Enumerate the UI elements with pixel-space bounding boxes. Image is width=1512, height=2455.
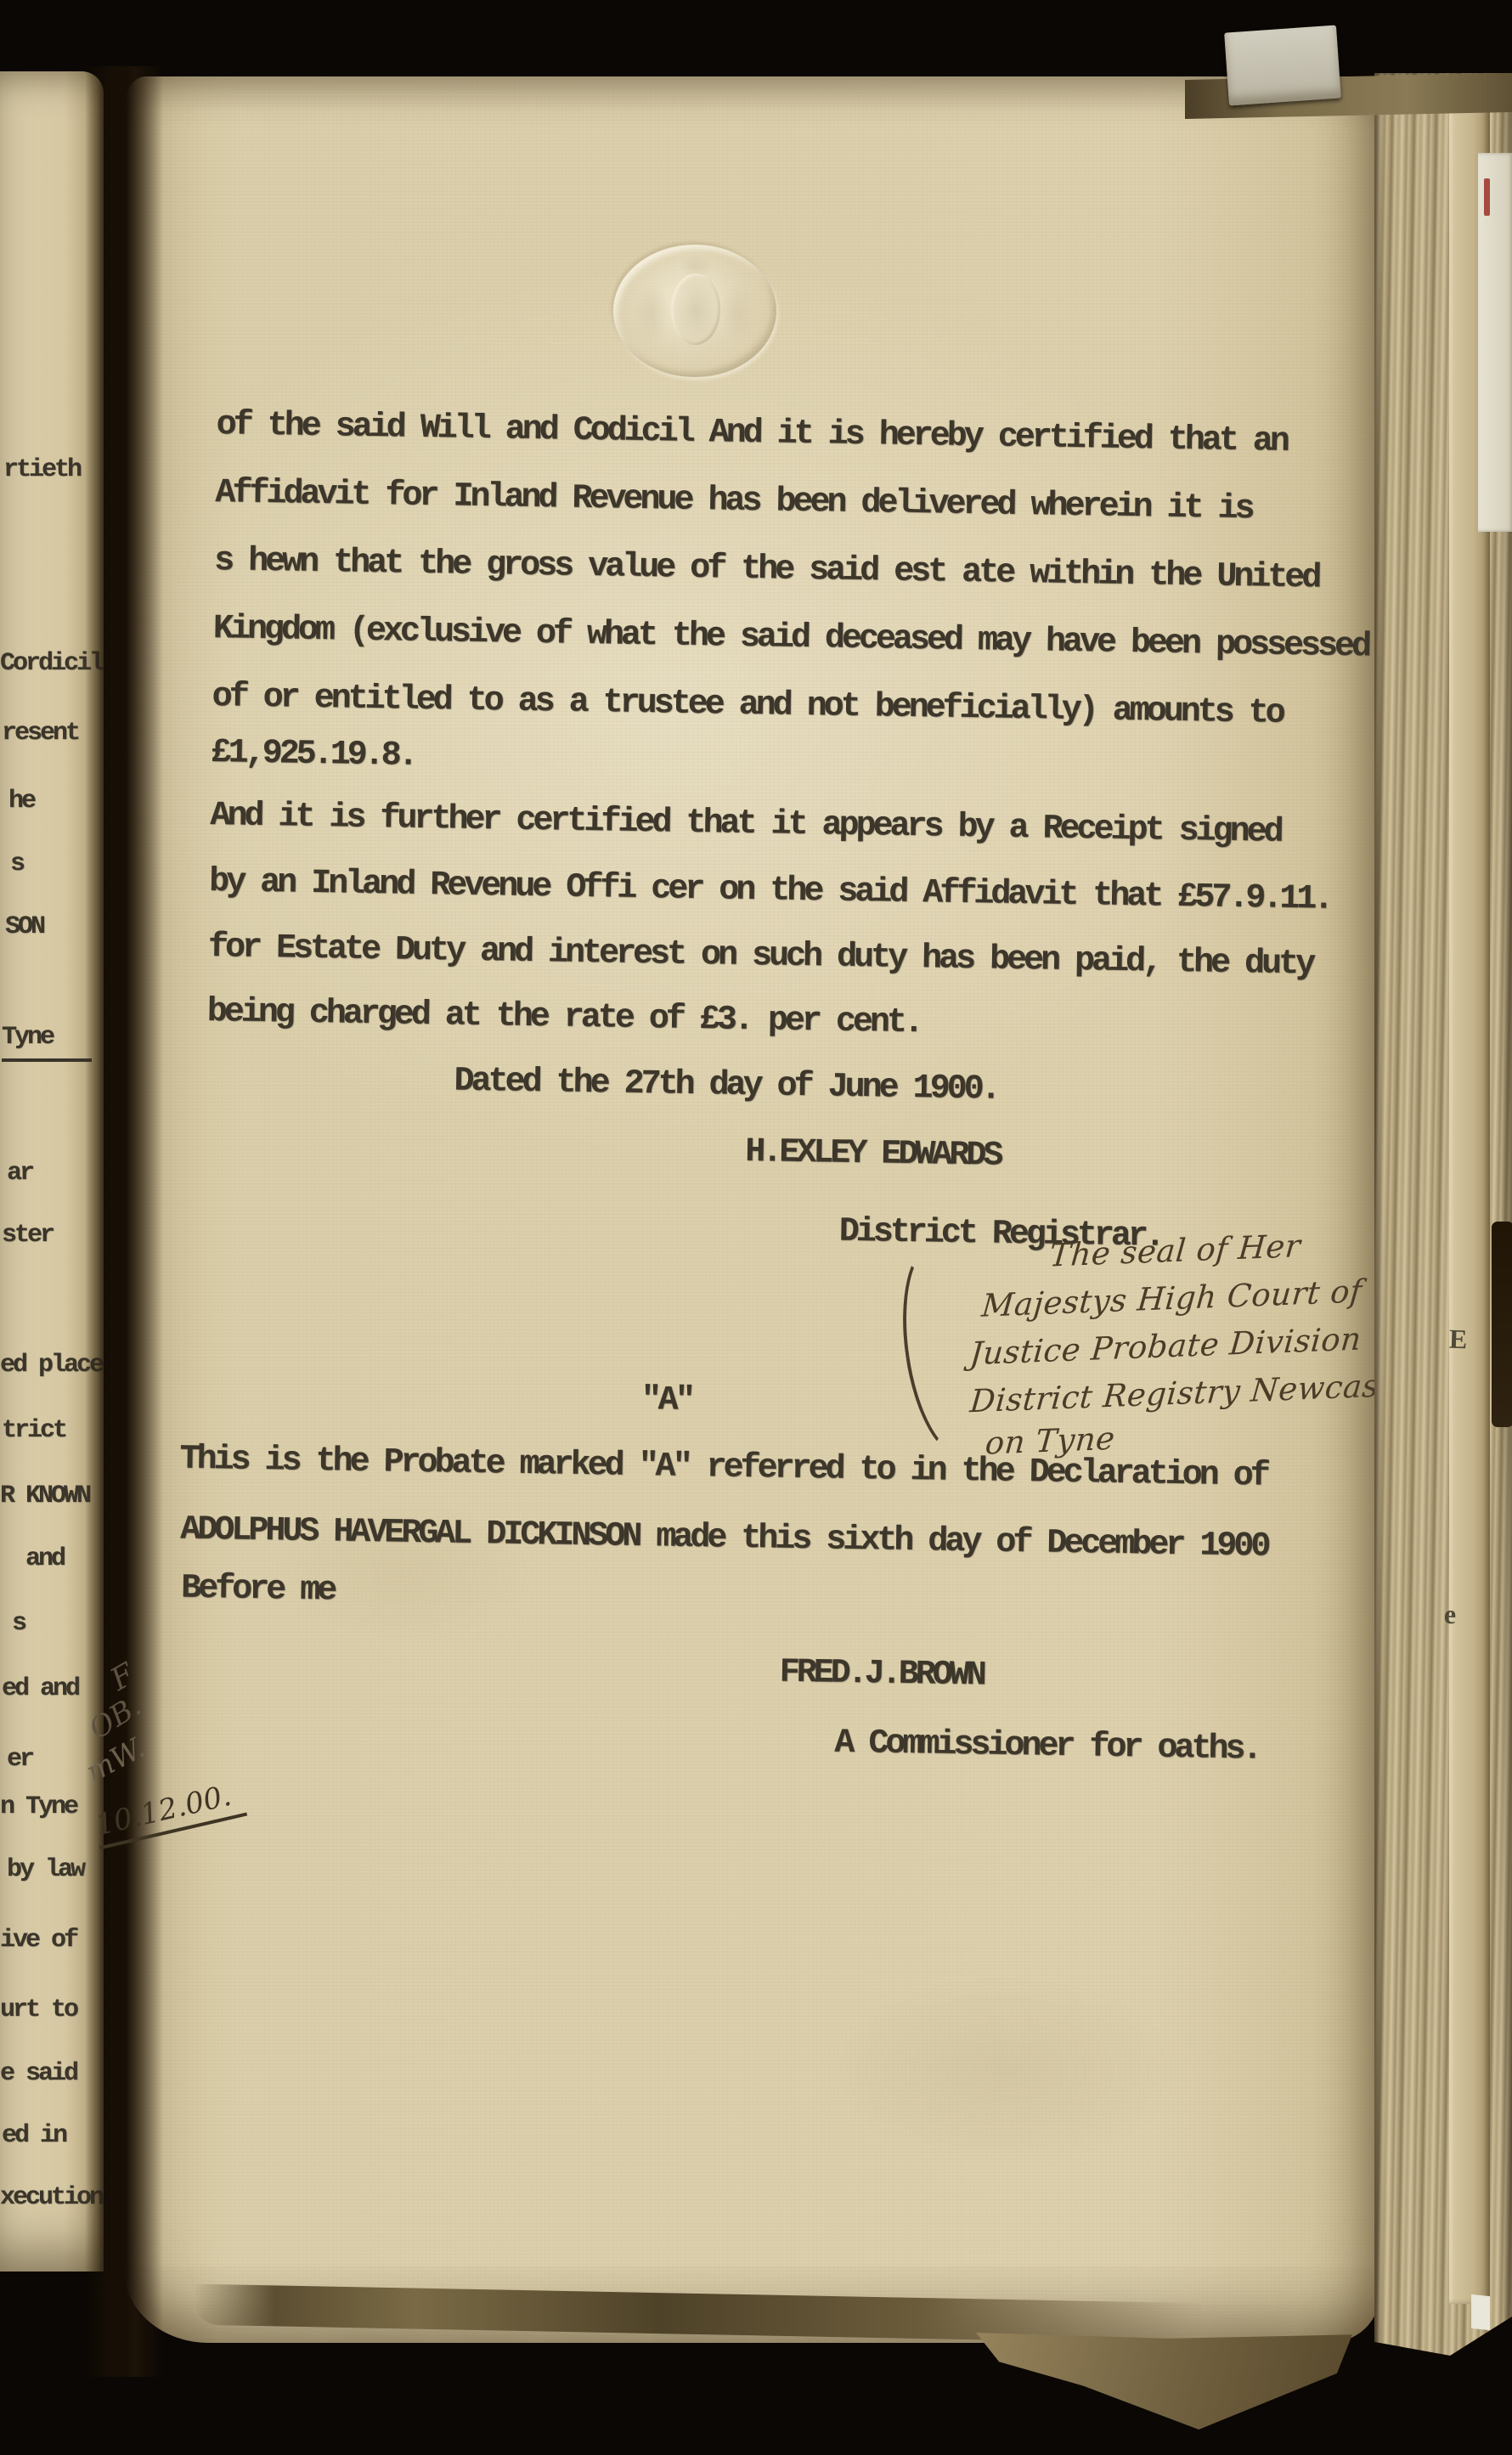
declaration-line: ADOLPHUS HAVERGAL DICKINSON made this si… — [180, 1510, 1268, 1566]
facing-text-fragment: resent — [2, 719, 78, 748]
margin-date-underlined: 10.12.00. — [91, 1776, 247, 1850]
royal-coat-of-arms-embossed-seal-icon — [613, 245, 776, 377]
body-text-line: for Estate Duty and interest on such dut… — [208, 928, 1313, 984]
estate-gross-value: £1,925.19.8. — [211, 734, 415, 776]
facing-text-fragment: ster — [2, 1221, 53, 1250]
facing-text-fragment: s — [12, 1609, 25, 1638]
body-text-line: of or entitled to as a trustee and not b… — [212, 678, 1283, 733]
seal-note-line: Majestys High Court of — [980, 1273, 1363, 1323]
small-white-paper-sliver — [1471, 2294, 1490, 2330]
seal-note-line: on Tyne — [984, 1420, 1116, 1462]
facing-text-fragment: trict — [2, 1416, 65, 1445]
facing-text-fragment: ed and — [2, 1674, 78, 1703]
body-text-line: And it is further certified that it appe… — [210, 797, 1281, 852]
inserted-white-paper-edge — [1478, 153, 1512, 532]
facing-text-fragment: by law — [7, 1855, 83, 1884]
seal-note-line: District Registry Newcastle — [968, 1366, 1423, 1420]
facing-text-fragment: he — [8, 787, 34, 816]
facing-text-fragment-underlined: Tyne — [2, 1023, 92, 1062]
commissioner-title: A Commissioner for oaths. — [834, 1724, 1260, 1769]
facing-text-fragment: e said — [0, 2059, 76, 2088]
book-gutter-shadow — [85, 66, 163, 2377]
facing-text-fragment: ar — [7, 1159, 32, 1188]
book-page-edge-stack: E e — [1374, 73, 1512, 2372]
dated-line: Dated the 27th day of June 1900. — [454, 1062, 998, 1109]
handwritten-margin-annotation: F OB. mW. 10.12.00. — [78, 1655, 291, 1867]
body-text-line: Affidavit for Inland Revenue has been de… — [215, 474, 1252, 528]
margin-initial: mW. — [81, 1730, 150, 1789]
facing-text-fragment: er — [7, 1745, 32, 1774]
handwritten-seal-note: The seal of Her Majestys High Court of J… — [954, 1222, 1438, 1478]
torn-paper-fragment — [968, 2333, 1352, 2430]
registrar-signature: H.EXLEY EDWARDS — [745, 1133, 1001, 1176]
page-edge-letter-upper: E — [1448, 1323, 1468, 1356]
red-ink-mark — [1484, 178, 1490, 216]
body-text-line: by an Inland Revenue Offi cer on the sai… — [209, 863, 1331, 919]
facing-text-fragment: s — [10, 849, 23, 878]
exhibit-mark: "A" — [640, 1381, 692, 1420]
emboss-shield-detail — [671, 274, 720, 345]
body-text-line: being charged at the rate of £3. per cen… — [206, 993, 921, 1042]
facing-text-fragment: ive of — [0, 1926, 76, 1955]
facing-text-fragment: and — [25, 1544, 64, 1573]
margin-initial: F — [104, 1657, 140, 1698]
facing-text-fragment: ed in — [2, 2121, 65, 2150]
emboss-lion-supporter-detail — [634, 282, 669, 345]
body-text-line: Kingdom (exclusive of what the said dece… — [213, 610, 1369, 666]
facing-text-fragment: urt to — [0, 1995, 76, 2024]
dark-gap-between-leaves — [1492, 1222, 1512, 1427]
emboss-unicorn-supporter-detail — [720, 282, 756, 345]
protruding-paper-strip — [1224, 25, 1341, 106]
seal-note-line: Justice Probate Division — [968, 1320, 1362, 1372]
facing-text-fragment: SON — [5, 912, 43, 941]
facing-text-fragment: rtieth — [3, 455, 80, 484]
page-edge-letter-lower: e — [1443, 1599, 1456, 1630]
body-text-line: s hewn that the gross value of the said … — [214, 542, 1319, 597]
facing-text-fragment: R KNOWN — [0, 1481, 89, 1510]
declaration-line: Before me — [181, 1570, 335, 1611]
commissioner-signature: FRED.J.BROWN — [779, 1654, 984, 1696]
facing-text-fragment: n Tyne — [0, 1792, 76, 1821]
